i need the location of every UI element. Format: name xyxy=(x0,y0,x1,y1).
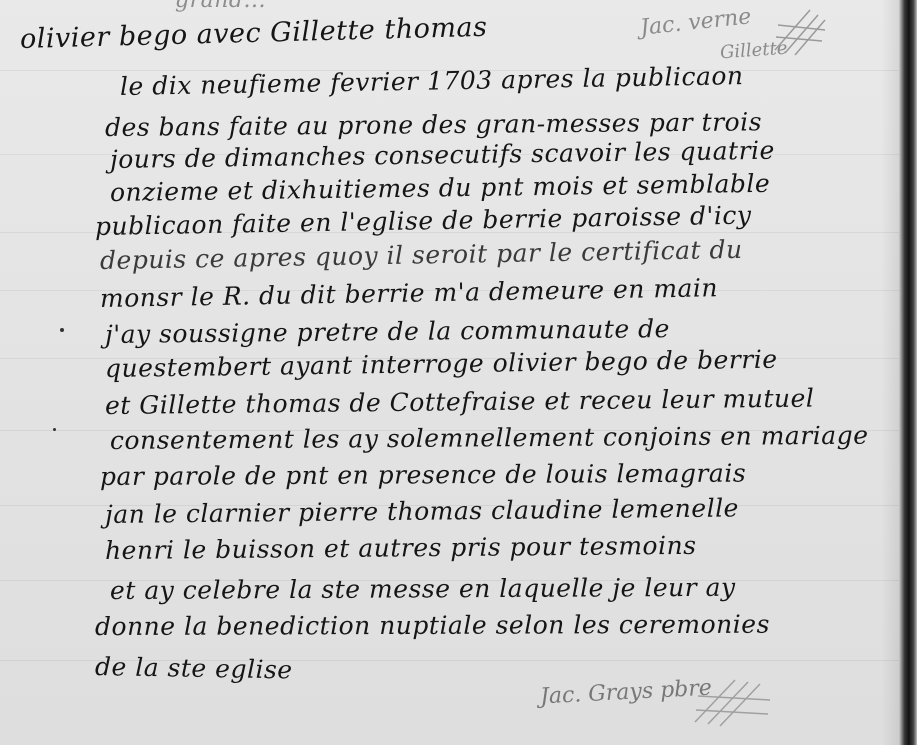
text-line-7: monsr le R. du dit berrie m'a demeure en… xyxy=(100,273,719,313)
book-binding-edge xyxy=(899,0,917,745)
text-line-6: depuis ce apres quoy il seroit par le ce… xyxy=(100,235,743,275)
text-line-16: donne la benediction nuptiale selon les … xyxy=(95,610,770,641)
text-line-12: par parole de pnt en presence de louis l… xyxy=(100,459,746,491)
entry-title: olivier bego avec Gillette thomas xyxy=(20,12,488,55)
signature-bottom-flourish-icon xyxy=(690,672,780,732)
signature-bottom: Jac. Grays pbre xyxy=(539,676,712,710)
binding-shadow xyxy=(881,0,899,745)
margin-mark xyxy=(53,428,56,431)
text-line-10: et Gillette thomas de Cottefraise et rec… xyxy=(105,384,815,420)
text-line-8: j'ay soussigne pretre de la communaute d… xyxy=(105,314,670,349)
text-line-14: henri le buisson et autres pris pour tes… xyxy=(105,531,697,565)
signature-flourish-icon xyxy=(770,5,830,60)
text-line-13: jan le clarnier pierre thomas claudine l… xyxy=(105,493,739,529)
register-page: grand... olivier bego avec Gillette thom… xyxy=(0,0,917,745)
text-line-9: questembert ayant interroge olivier bego… xyxy=(105,345,778,383)
text-line-15: et ay celebre la ste messe en laquelle j… xyxy=(110,573,736,605)
top-fragment: grand... xyxy=(175,0,266,13)
margin-mark xyxy=(60,328,64,332)
text-line-17: de la ste eglise xyxy=(95,652,293,684)
text-line-5: publicaon faite en l'eglise de berrie pa… xyxy=(95,201,752,241)
text-line-11: consentement les ay solemnellement conjo… xyxy=(110,421,869,455)
signature-top: Jac. verne xyxy=(639,4,752,41)
text-line-3: jours de dimanches consecutifs scavoir l… xyxy=(110,136,775,174)
text-line-1: le dix neufieme fevrier 1703 apres la pu… xyxy=(120,61,744,101)
